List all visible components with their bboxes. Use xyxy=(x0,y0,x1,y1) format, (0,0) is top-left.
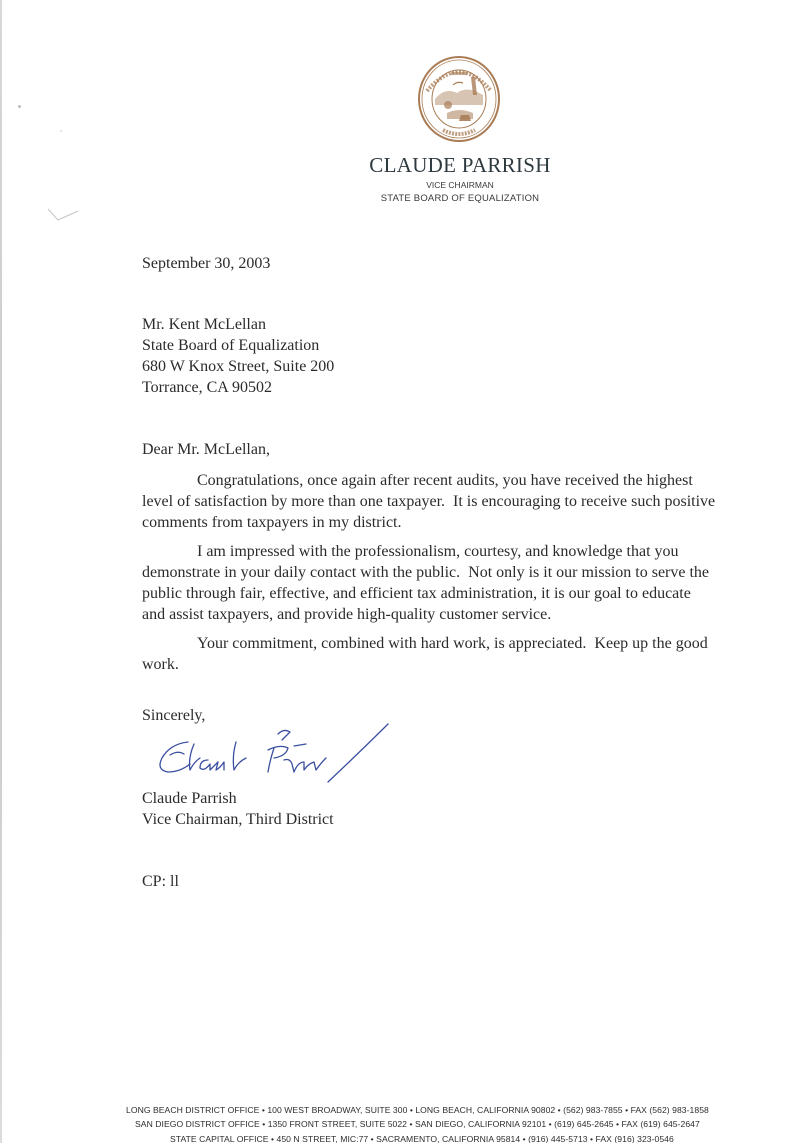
scan-speck xyxy=(60,130,62,132)
salutation: Dear Mr. McLellan, xyxy=(142,439,270,460)
margin-check-mark-icon xyxy=(46,205,82,225)
letterhead-organization: STATE BOARD OF EQUALIZATION xyxy=(340,193,580,204)
paragraph-line: work. xyxy=(142,654,800,675)
scan-speck xyxy=(18,105,21,108)
footer-office-line: SAN DIEGO DISTRICT OFFICE • 1350 FRONT S… xyxy=(0,1119,800,1129)
body-paragraph: Congratulations, once again after recent… xyxy=(142,470,800,533)
recipient-street: 680 W Knox Street, Suite 200 xyxy=(142,356,334,377)
paragraph-line: I am impressed with the professionalism,… xyxy=(142,541,800,562)
footer-office-line: STATE CAPITAL OFFICE • 450 N STREET, MIC… xyxy=(0,1134,800,1143)
paragraph-line: public through fair, effective, and effi… xyxy=(142,583,800,604)
paragraph-line: level of satisfaction by more than one t… xyxy=(142,491,800,512)
scan-edge xyxy=(0,0,2,1143)
letterhead-title: VICE CHAIRMAN xyxy=(340,180,580,190)
recipient-name: Mr. Kent McLellan xyxy=(142,314,266,335)
paragraph-line: demonstrate in your daily contact with t… xyxy=(142,562,800,583)
signer-title: Vice Chairman, Third District xyxy=(142,809,334,830)
paragraph-line: comments from taxpayers in my district. xyxy=(142,512,800,533)
body-paragraph: Your commitment, combined with hard work… xyxy=(142,633,800,675)
paragraph-line: and assist taxpayers, and provide high-q… xyxy=(142,604,800,625)
signer-name: Claude Parrish xyxy=(142,788,237,809)
recipient-organization: State Board of Equalization xyxy=(142,335,319,356)
letter-date: September 30, 2003 xyxy=(142,253,270,274)
body-paragraph: I am impressed with the professionalism,… xyxy=(142,541,800,625)
letterhead-name: CLAUDE PARRISH xyxy=(340,153,580,178)
great-seal-of-california-icon xyxy=(417,55,501,143)
reference-initials: CP: ll xyxy=(142,871,179,892)
paragraph-line: Your commitment, combined with hard work… xyxy=(142,633,800,654)
footer-office-line: LONG BEACH DISTRICT OFFICE • 100 WEST BR… xyxy=(0,1105,800,1115)
handwritten-signature-icon xyxy=(150,718,400,784)
recipient-city: Torrance, CA 90502 xyxy=(142,377,272,398)
paragraph-line: Congratulations, once again after recent… xyxy=(142,470,800,491)
